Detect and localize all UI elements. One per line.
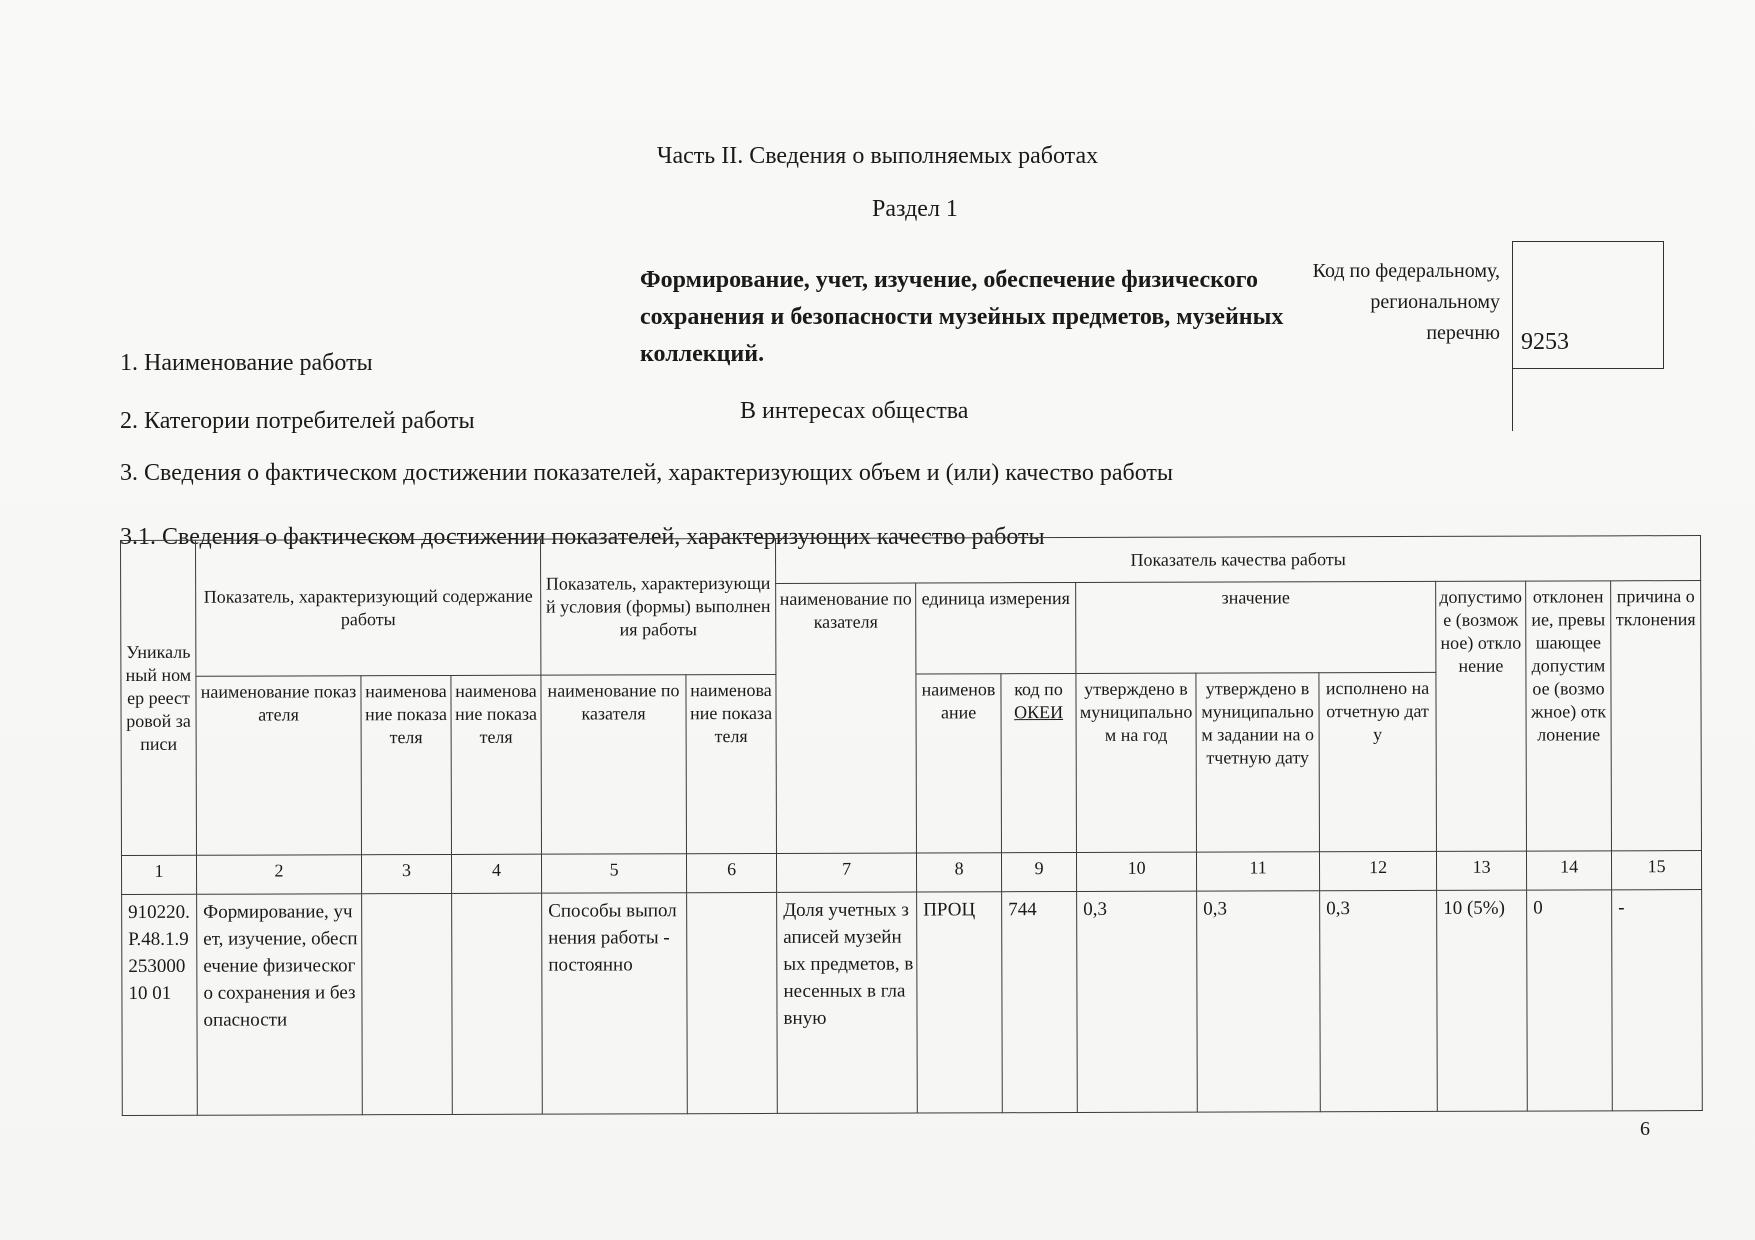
header-executed-date: исполнено на отчетную дату [1319, 672, 1437, 851]
section-title: Раздел 1 [0, 196, 1755, 223]
header-deviation-reason: причина отклонения [1611, 581, 1702, 851]
cell-deviation-reason: - [1612, 890, 1703, 1111]
column-number: 6 [687, 853, 777, 892]
header-conditions-indicator: Показатель, характеризующий условия (фор… [541, 538, 776, 675]
header-approved-year: утверждено в муниципальном на год [1076, 673, 1197, 852]
cell-approved-date: 0,3 [1197, 891, 1321, 1112]
header-unit-code-prefix: код по [1014, 679, 1063, 699]
header-unit-code: код поОКЕИ [1001, 673, 1077, 852]
header-col3: наименование показателя [361, 675, 452, 854]
header-row-1: Уникальный номер реестровой записи Показ… [121, 536, 1701, 586]
consumers-value: В интересах общества [740, 398, 968, 425]
header-unique-number: Уникальный номер реестровой записи [121, 540, 197, 855]
column-number: 7 [777, 853, 917, 892]
cell-content-indicator-3 [452, 893, 543, 1114]
work-name-value: Формирование, учет, изучение, обеспечени… [640, 262, 1300, 373]
header-unit-name: наименование [916, 674, 1002, 853]
cell-allowed-deviation: 10 (5%) [1437, 890, 1528, 1111]
column-number: 5 [542, 854, 687, 893]
cell-content-indicator-1: Формирование, учет, изучение, обеспечени… [197, 894, 363, 1116]
page-number: 6 [1640, 1118, 1650, 1141]
header-unit: единица измерения [916, 582, 1076, 674]
column-number: 8 [917, 853, 1002, 892]
column-number: 12 [1320, 851, 1437, 890]
header-allowed-deviation: допустимое (возможное) отклонение [1436, 581, 1527, 851]
column-number: 3 [361, 854, 451, 893]
cell-executed-date: 0,3 [1320, 890, 1438, 1111]
header-quality-indicator: Показатель качества работы [776, 536, 1701, 584]
cell-content-indicator-2 [362, 893, 453, 1114]
header-unit-code-okei: ОКЕИ [1014, 702, 1063, 722]
registry-code-box: 9253 [1512, 241, 1664, 369]
column-number: 4 [451, 854, 541, 893]
header-col6: наименование показателя [686, 674, 777, 853]
section-3-title: 3. Сведения о фактическом достижении пок… [120, 460, 1173, 487]
cell-approved-year: 0,3 [1077, 891, 1198, 1112]
header-indicator-name: наименование показателя [776, 583, 917, 853]
column-number: 11 [1197, 852, 1320, 891]
column-number-row: 1 2 3 4 5 6 7 8 9 10 11 12 13 14 15 [121, 851, 1701, 895]
column-number: 14 [1527, 851, 1612, 890]
header-col5: наименование показателя [541, 675, 687, 854]
cell-conditions-indicator-2 [687, 892, 778, 1113]
column-number: 9 [1002, 852, 1077, 891]
cell-indicator-name: Доля учетных записей музейных предметов,… [777, 892, 918, 1113]
registry-code-box-divider [1512, 369, 1513, 431]
header-col2: наименование показателя [196, 676, 362, 856]
header-approved-date: утверждено в муниципальном задании на от… [1196, 673, 1320, 852]
column-number: 13 [1437, 851, 1527, 890]
cell-unit-code: 744 [1002, 891, 1078, 1112]
column-number: 1 [121, 855, 196, 894]
cell-conditions-indicator-1: Способы выполнения работы - постоянно [542, 893, 688, 1114]
column-number: 10 [1077, 852, 1197, 891]
registry-code-label: Код по федеральному, региональному переч… [1300, 256, 1500, 349]
table-row: 910220.Р.48.1.925300010 01 Формирование,… [122, 890, 1703, 1116]
quality-indicators-table: Уникальный номер реестровой записи Показ… [120, 535, 1703, 1116]
header-col4: наименование показателя [451, 675, 542, 854]
part-title: Часть II. Сведения о выполняемых работах [0, 143, 1755, 170]
consumers-label: 2. Категории потребителей работы [120, 408, 475, 435]
registry-code-value: 9253 [1521, 329, 1569, 356]
cell-unique-number: 910220.Р.48.1.925300010 01 [122, 894, 198, 1115]
document-page: Часть II. Сведения о выполняемых работах… [0, 0, 1755, 1240]
work-name-label: 1. Наименование работы [120, 350, 373, 377]
column-number: 2 [196, 855, 361, 895]
header-exceeding-deviation: отклонение, превышающее допустимое (возм… [1526, 581, 1612, 851]
cell-unit-name: ПРОЦ [917, 892, 1003, 1113]
header-value: значение [1076, 581, 1436, 673]
column-number: 15 [1612, 851, 1702, 890]
header-content-indicator: Показатель, характеризующий содержание р… [196, 539, 541, 676]
cell-exceeding-deviation: 0 [1527, 890, 1613, 1111]
